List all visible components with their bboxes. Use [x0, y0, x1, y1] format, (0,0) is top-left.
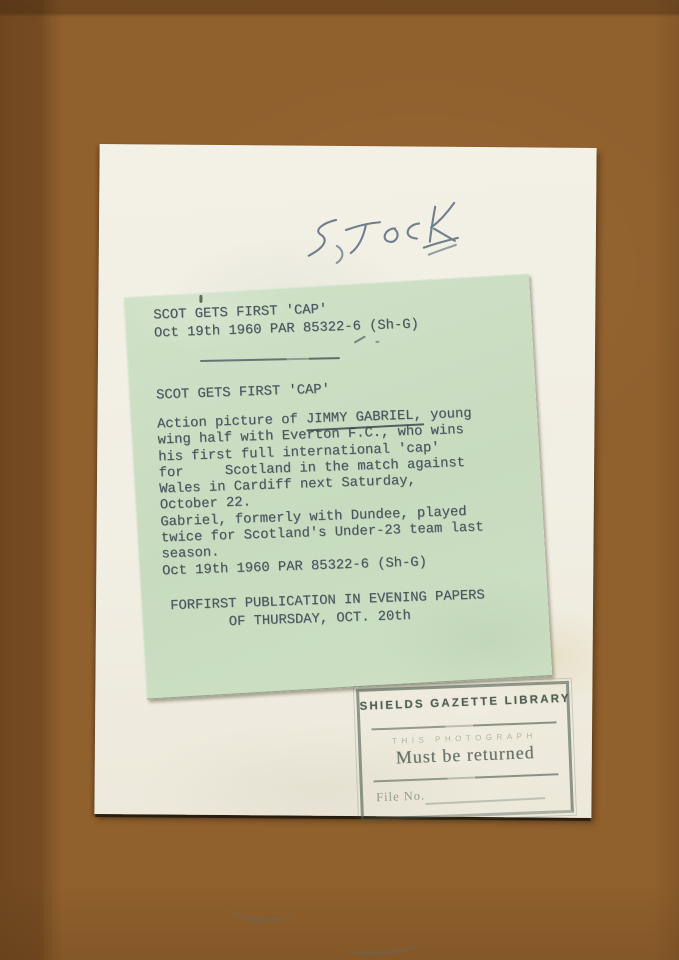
- library-stamp: SHIELDS GAZETTE LIBRARY THIS PHOTOGRAPH …: [356, 681, 574, 821]
- press-photo-back-scan: STOCK SCOT GETS: [0, 0, 679, 960]
- stamp-file-no-label: File No.: [376, 788, 426, 805]
- handwritten-stock-note: STOCK: [300, 180, 491, 273]
- typed-divider-line: [200, 357, 340, 362]
- stock-handwriting-strokes: [300, 180, 491, 273]
- caption-body: Action picture of JIMMY GABRIEL, youngwi…: [157, 406, 485, 580]
- stamp-library-name: SHIELDS GAZETTE LIBRARY: [359, 693, 566, 713]
- stamp-divider: [374, 773, 559, 782]
- caption-label: SCOT GETS FIRST 'CAP'Oct 19th 1960 PAR 8…: [123, 274, 552, 700]
- pen-dot-mark: [375, 341, 379, 343]
- stamp-file-no-line: [425, 797, 545, 804]
- caption-title: SCOT GETS FIRST 'CAP': [156, 382, 330, 405]
- edge-speck: [199, 295, 202, 303]
- stamp-divider: [372, 721, 557, 730]
- caption-label-content: SCOT GETS FIRST 'CAP'Oct 19th 1960 PAR 8…: [124, 283, 543, 700]
- caption-footer: FORFIRST PUBLICATION IN EVENING PAPERS O…: [170, 587, 486, 633]
- caption-header: SCOT GETS FIRST 'CAP'Oct 19th 1960 PAR 8…: [153, 298, 419, 343]
